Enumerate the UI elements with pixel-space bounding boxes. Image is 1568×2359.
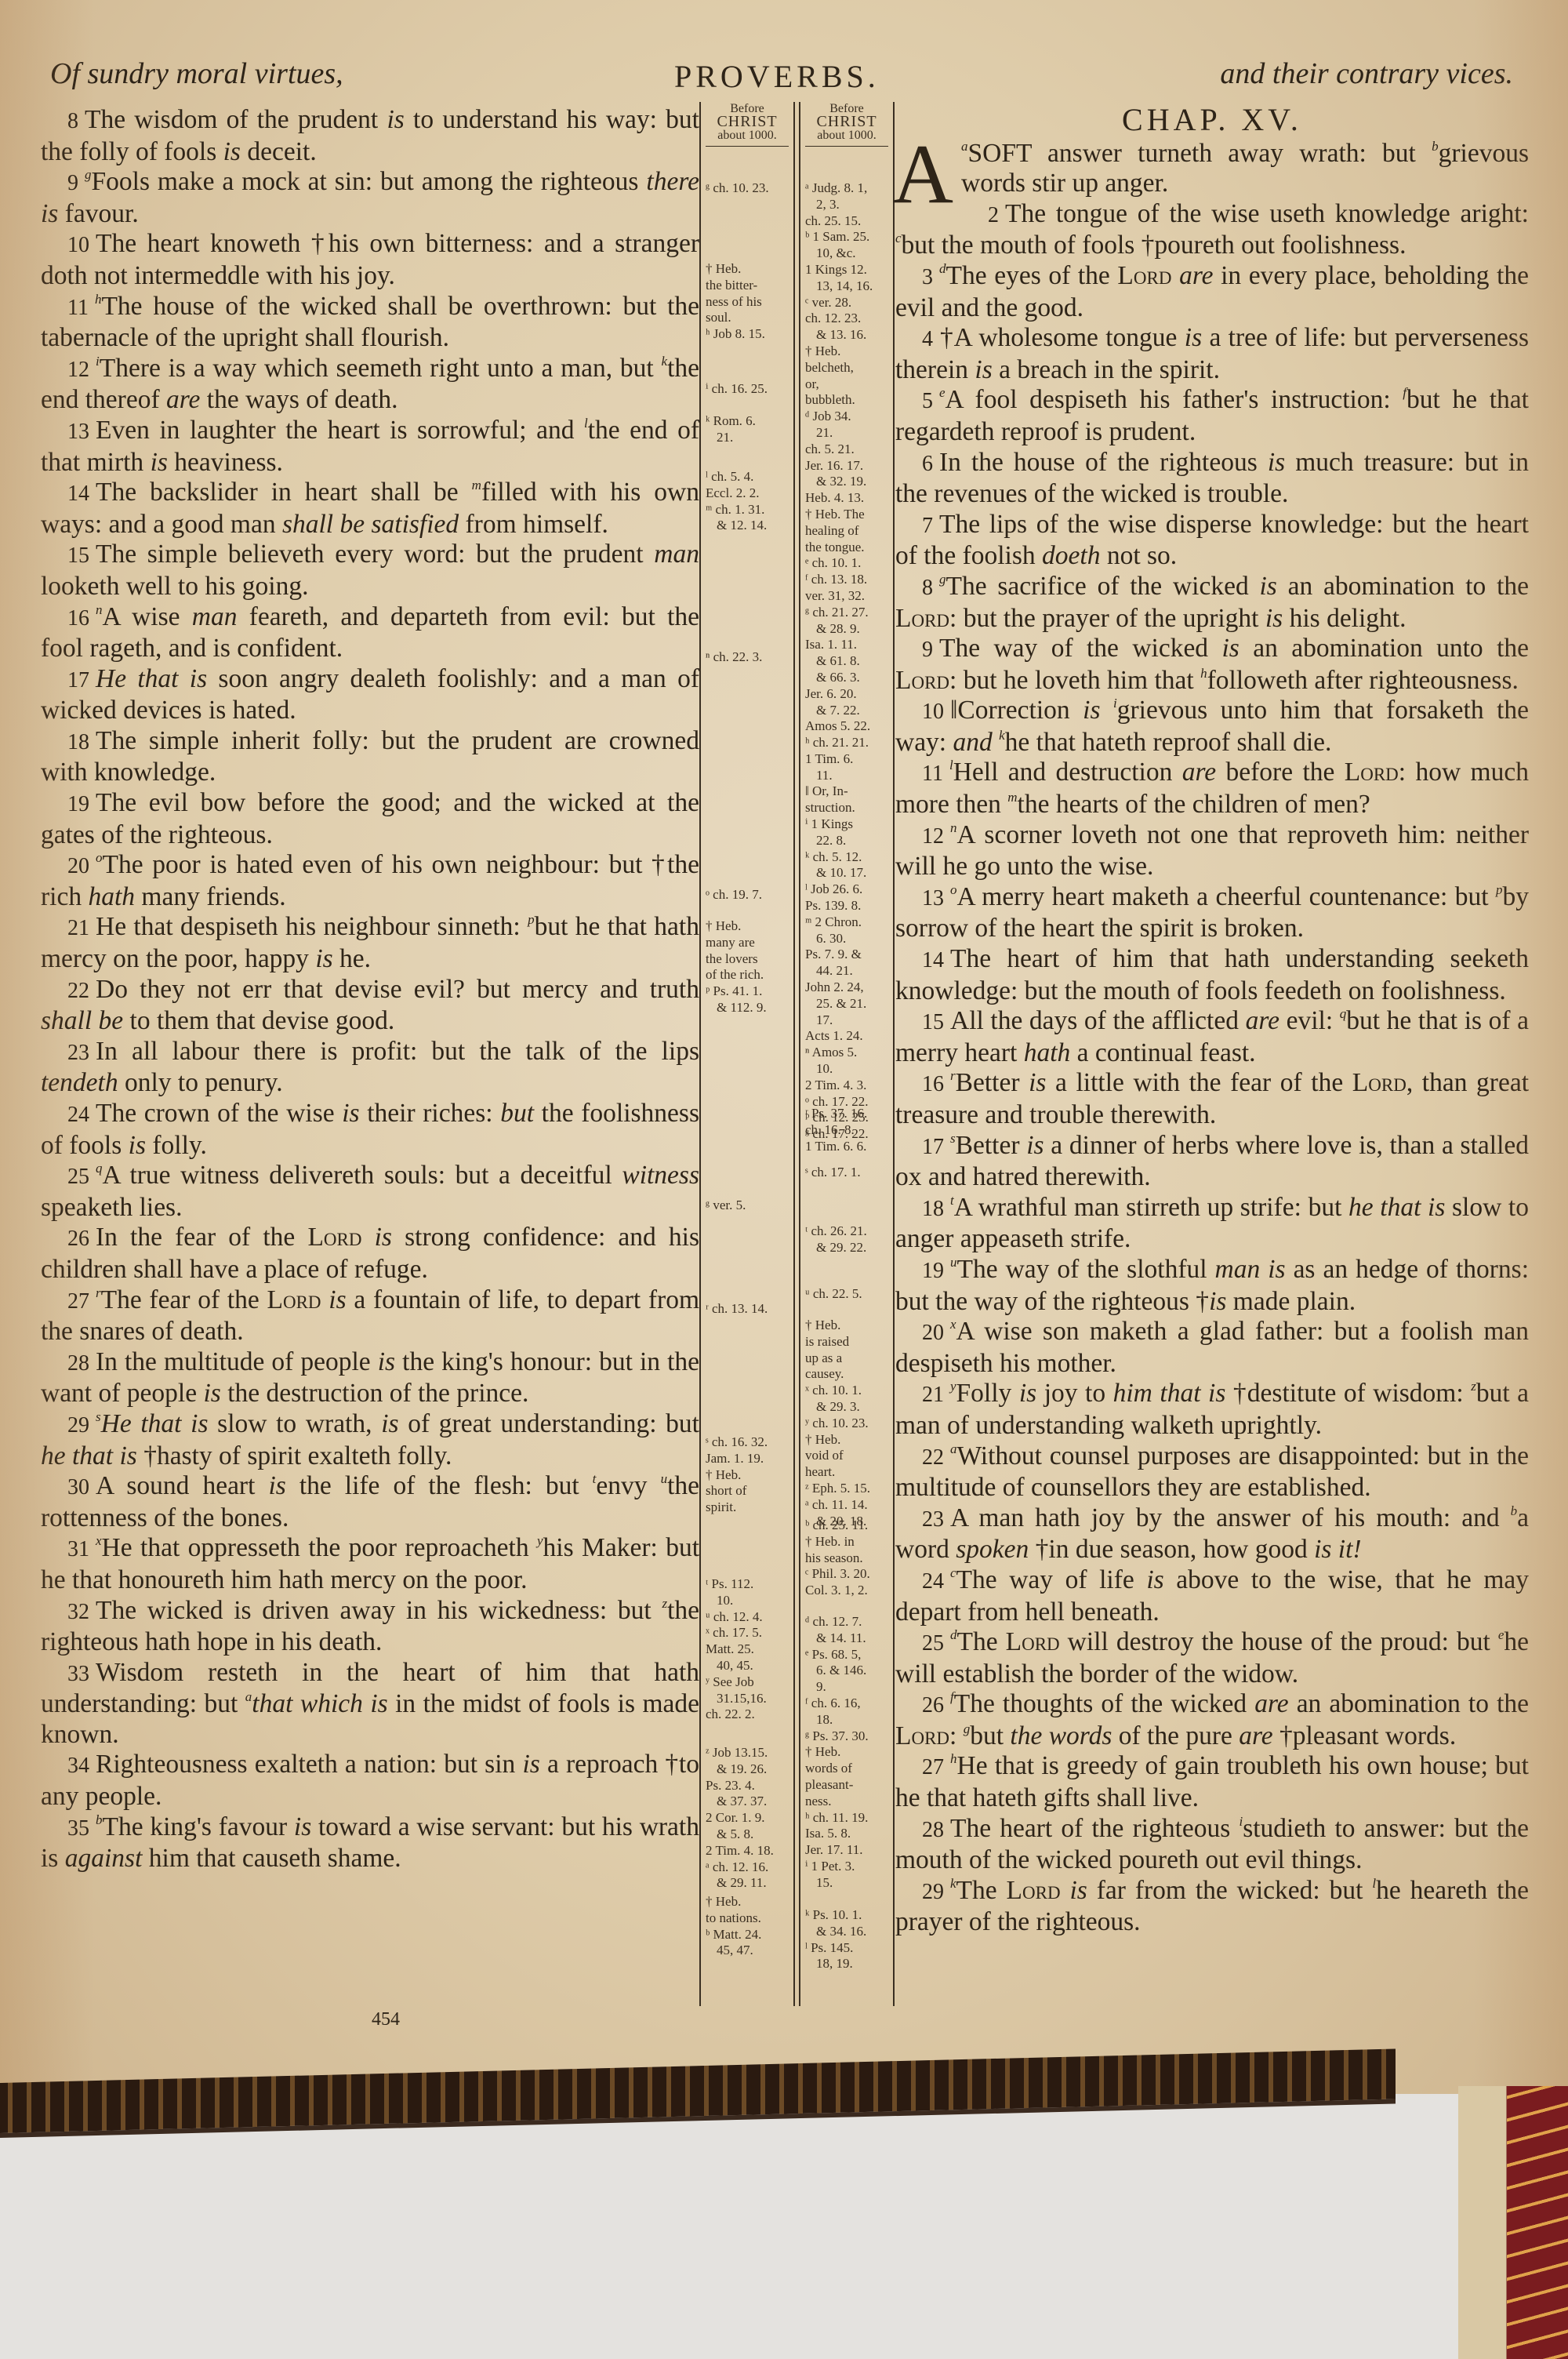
verse-number: 31 <box>67 1537 89 1561</box>
verse-number: 18 <box>922 1197 944 1221</box>
verse-number: 3 <box>922 265 933 289</box>
verse-number: 10 <box>67 233 89 257</box>
verse-23: 23A man hath joy by the answer of his mo… <box>895 1503 1529 1565</box>
cross-reference: ᵒ ch. 19. 7. <box>706 887 790 903</box>
cross-reference: ᵍ ver. 5. <box>706 1198 790 1214</box>
verse-18: 18The simple inherit folly: but the prud… <box>41 726 699 788</box>
verse-2: 2The tongue of the wise useth knowledge … <box>895 199 1529 261</box>
book-title: PROVERBS. <box>674 58 880 95</box>
running-head: Of sundry moral virtues, PROVERBS. and t… <box>0 56 1568 104</box>
verse-text: iThere is a way which seemeth right unto… <box>41 354 699 415</box>
verse-number: 23 <box>67 1041 89 1065</box>
verse-number: 20 <box>67 854 89 878</box>
verse-text: The heart of him that hath understanding… <box>895 944 1529 1005</box>
cross-reference: ʳ Ps. 37. 16.ch. 16. 8.1 Tim. 6. 6. <box>805 1106 890 1154</box>
verse-21: 21He that despiseth his neighbour sinnet… <box>41 912 699 974</box>
verse-number: 11 <box>67 296 89 320</box>
verse-number: 28 <box>67 1351 89 1376</box>
verse-33: 33Wisdom resteth in the heart of him tha… <box>41 1658 699 1750</box>
verse-13: 13Even in laughter the heart is sorrowfu… <box>41 416 699 478</box>
verse-11: 11lHell and destruction are before the L… <box>895 758 1529 820</box>
verse-text: yFolly is joy to him that is †destitute … <box>895 1379 1529 1440</box>
verse-27: 27hHe that is greedy of gain troubleth h… <box>895 1751 1529 1813</box>
verse-text: dThe eyes of the Lord are in every place… <box>895 261 1529 322</box>
verse-25: 25qA true witness delivereth souls: but … <box>41 1161 699 1223</box>
verse-text: gFools make a mock at sin: but among the… <box>41 167 699 228</box>
verse-number: 7 <box>922 514 933 538</box>
cross-reference: ᵘ ch. 22. 5. <box>805 1286 890 1303</box>
verse-1: A aSOFT answer turneth away wrath: but b… <box>895 139 1529 199</box>
verse-32: 32The wicked is driven away in his wicke… <box>41 1596 699 1658</box>
verse-10: 10The heart knoweth †his own bitterness:… <box>41 229 699 291</box>
verse-number: 19 <box>67 792 89 816</box>
verse-15: 15The simple believeth every word: but t… <box>41 540 699 602</box>
cross-reference: ᵗ Ps. 112.10.ᵘ ch. 12. 4.ˣ ch. 17. 5.Mat… <box>706 1576 790 1723</box>
verse-number: 17 <box>922 1135 944 1159</box>
margin-references-left: Before CHRIST about 1000. ᵍ ch. 10. 23.†… <box>699 102 795 2006</box>
verse-text: xHe that oppresseth the poor reproacheth… <box>41 1533 699 1594</box>
verse-number: 15 <box>922 1010 944 1034</box>
cross-reference: ᵇ ch. 25. 11.† Heb. inhis season.ᶜ Phil.… <box>805 1518 890 1599</box>
cross-reference: ˢ ch. 17. 1. <box>805 1165 890 1181</box>
verse-number: 27 <box>67 1289 89 1314</box>
verse-number: 25 <box>67 1165 89 1189</box>
verse-number: 32 <box>67 1600 89 1624</box>
verse-number: 22 <box>67 979 89 1003</box>
verse-24: 24The crown of the wise is their riches:… <box>41 1099 699 1161</box>
verse-19: 19The evil bow before the good; and the … <box>41 788 699 850</box>
verse-5: 5eA fool despiseth his father's instruct… <box>895 385 1529 447</box>
cross-reference: † Heb.the bitter-ness of hissoul.ʰ Job 8… <box>706 261 790 343</box>
verse-25: 25dThe Lord will destroy the house of th… <box>895 1627 1529 1689</box>
verse-14: 14The backslider in heart shall be mfill… <box>41 478 699 540</box>
verse-number: 6 <box>922 452 933 476</box>
cross-reference: ʳ ch. 13. 14. <box>706 1301 790 1318</box>
verse-text: rBetter is a little with the fear of the… <box>895 1068 1529 1129</box>
verse-number: 12 <box>922 824 944 849</box>
verse-24: 24cThe way of life is above to the wise,… <box>895 1565 1529 1627</box>
book-page: Of sundry moral virtues, PROVERBS. and t… <box>0 0 1568 2094</box>
verse-number: 9 <box>922 638 933 662</box>
verse-31: 31xHe that oppresseth the poor reproache… <box>41 1533 699 1595</box>
verse-number: 2 <box>988 203 999 227</box>
verse-number: 14 <box>67 482 89 506</box>
bookmark-ribbon <box>1458 2086 1568 2359</box>
verse-27: 27rThe fear of the Lord is a fountain of… <box>41 1285 699 1347</box>
verse-9: 9gFools make a mock at sin: but among th… <box>41 167 699 229</box>
verse-number: 8 <box>922 576 933 600</box>
drop-cap: A <box>892 144 953 206</box>
verse-text: aSOFT answer turneth away wrath: but bgr… <box>961 139 1529 198</box>
verse-text: The crown of the wise is their riches: b… <box>41 1099 699 1160</box>
verse-text: A man hath joy by the answer of his mout… <box>895 1503 1529 1565</box>
verse-text: gThe sacrifice of the wicked is an abomi… <box>895 572 1529 633</box>
verse-number: 18 <box>67 730 89 754</box>
verse-14: 14The heart of him that hath understandi… <box>895 944 1529 1006</box>
cross-reference: ᵍ ch. 10. 23. <box>706 180 790 197</box>
verse-text: cThe way of life is above to the wise, t… <box>895 1565 1529 1627</box>
verse-text: The backslider in heart shall be mfilled… <box>41 478 699 539</box>
verse-text: fThe thoughts of the wicked are an abomi… <box>895 1689 1529 1750</box>
verse-text: qA true witness delivereth souls: but a … <box>41 1161 699 1222</box>
verse-number: 29 <box>922 1880 944 1904</box>
margin-header-date: about 1000. <box>706 129 789 142</box>
verse-12: 12iThere is a way which seemeth right un… <box>41 354 699 416</box>
verse-number: 21 <box>67 916 89 940</box>
verse-number: 22 <box>922 1445 944 1470</box>
verse-18: 18tA wrathful man stirreth up strife: bu… <box>895 1193 1529 1255</box>
right-text-column: CHAP. XV. A aSOFT answer turneth away wr… <box>895 105 1529 1938</box>
verse-6: 6In the house of the righteous is much t… <box>895 448 1529 510</box>
verse-text: bThe king's favour is toward a wise serv… <box>41 1812 699 1874</box>
cross-reference: † Heb.is raisedup as acausey.ˣ ch. 10. 1… <box>805 1318 890 1529</box>
margin-header-christ: CHRIST <box>706 115 789 129</box>
verse-19: 19uThe way of the slothful man is as an … <box>895 1255 1529 1317</box>
verse-text: kThe Lord is far from the wicked: but lh… <box>895 1876 1529 1937</box>
verse-number: 11 <box>922 761 943 786</box>
verse-text: hThe house of the wicked shall be overth… <box>41 292 699 353</box>
verse-text: sHe that is slow to wrath, is of great u… <box>41 1409 699 1470</box>
cross-reference: ⁿ ch. 22. 3. <box>706 649 790 666</box>
verse-7: 7The lips of the wise disperse knowledge… <box>895 510 1529 572</box>
verse-number: 4 <box>922 327 933 351</box>
left-text-column: 8The wisdom of the prudent is to underst… <box>41 105 699 1874</box>
verse-text: All the days of the afflicted are evil: … <box>895 1006 1529 1067</box>
cross-reference: ˡ ch. 5. 4.Eccl. 2. 2.ᵐ ch. 1. 31.& 12. … <box>706 469 790 534</box>
verse-number: 14 <box>922 948 944 972</box>
cross-reference: ˢ ch. 16. 32.Jam. 1. 19.† Heb.short ofsp… <box>706 1434 790 1516</box>
verse-number: 16 <box>67 606 89 631</box>
verse-number: 29 <box>67 1413 89 1438</box>
verse-number: 8 <box>67 109 78 133</box>
verse-number: 26 <box>67 1227 89 1251</box>
verse-number: 21 <box>922 1383 944 1407</box>
verse-text: sBetter is a dinner of herbs where love … <box>895 1131 1529 1192</box>
verse-text: The heart of the righteous istudieth to … <box>895 1814 1529 1875</box>
verse-number: 35 <box>67 1816 89 1841</box>
cross-reference: ᵈ ch. 12. 7.& 14. 11.ᵉ Ps. 68. 5,6. & 14… <box>805 1614 890 1892</box>
margin-date-header: Before CHRIST about 1000. <box>805 102 888 147</box>
verse-text: hHe that is greedy of gain troubleth his… <box>895 1751 1529 1812</box>
verse-number: 23 <box>922 1507 944 1532</box>
cross-reference: ᵏ Ps. 10. 1.& 34. 16.ˡ Ps. 145.18, 19. <box>805 1907 890 1972</box>
cross-reference: ᵗ ch. 26. 21.& 29. 22. <box>805 1223 890 1256</box>
verse-number: 10 <box>922 700 944 724</box>
verse-20: 20oThe poor is hated even of his own nei… <box>41 850 699 912</box>
verse-text: ‖Correction is igrievous unto him that f… <box>895 696 1529 757</box>
margin-references-right: Before CHRIST about 1000. ᵃ Judg. 8. 1,2… <box>799 102 895 2006</box>
verse-text: uThe way of the slothful man is as an he… <box>895 1255 1529 1316</box>
verse-30: 30A sound heart is the life of the flesh… <box>41 1471 699 1533</box>
verse-17: 17sBetter is a dinner of herbs where lov… <box>895 1131 1529 1193</box>
verse-text: The heart knoweth †his own bitterness: a… <box>41 229 699 290</box>
verse-number: 5 <box>922 389 933 413</box>
verse-text: nA scorner loveth not one that reproveth… <box>895 820 1529 881</box>
margin-date-header: Before CHRIST about 1000. <box>706 102 789 147</box>
verse-28: 28In the multitude of people is the king… <box>41 1347 699 1409</box>
verse-8: 8The wisdom of the prudent is to underst… <box>41 105 699 167</box>
verse-text: The evil bow before the good; and the wi… <box>41 788 699 849</box>
verse-text: nA wise man feareth, and departeth from … <box>41 602 699 663</box>
verse-text: oA merry heart maketh a cheerful counten… <box>895 882 1529 943</box>
verse-11: 11hThe house of the wicked shall be over… <box>41 292 699 354</box>
running-head-left: Of sundry moral virtues, <box>50 56 343 91</box>
verse-17: 17He that is soon angry dealeth foolishl… <box>41 664 699 726</box>
verse-text: †A wholesome tongue is a tree of life: b… <box>895 323 1529 384</box>
verse-number: 34 <box>67 1754 89 1778</box>
verse-number: 27 <box>922 1755 944 1779</box>
verse-number: 19 <box>922 1259 944 1283</box>
verse-number: 16 <box>922 1072 944 1096</box>
verse-20: 20xA wise son maketh a glad father: but … <box>895 1317 1529 1379</box>
verse-text: Wisdom resteth in the heart of him that … <box>41 1658 699 1749</box>
verse-text: The way of the wicked is an abomination … <box>895 634 1529 695</box>
verse-number: 20 <box>922 1321 944 1345</box>
verse-22: 22Do they not err that devise evil? but … <box>41 975 699 1037</box>
verse-28: 28The heart of the righteous istudieth t… <box>895 1814 1529 1876</box>
verse-text: lHell and destruction are before the Lor… <box>895 758 1529 819</box>
verse-29: 29sHe that is slow to wrath, is of great… <box>41 1409 699 1471</box>
verse-number: 33 <box>67 1662 89 1686</box>
verse-text: In the house of the righteous is much tr… <box>895 448 1529 509</box>
cross-reference: † Heb.many arethe loversof the rich.ᵖ Ps… <box>706 918 790 1016</box>
verse-text: eA fool despiseth his father's instructi… <box>895 385 1529 446</box>
verse-number: 9 <box>67 171 78 195</box>
verse-text: aWithout counsel purposes are disappoint… <box>895 1441 1529 1503</box>
verse-34: 34Righteousness exalteth a nation: but s… <box>41 1750 699 1812</box>
verse-23: 23In all labour there is profit: but the… <box>41 1037 699 1099</box>
running-head-right: and their contrary vices. <box>1220 56 1513 91</box>
verse-text: In the fear of the Lord is strong confid… <box>41 1223 699 1284</box>
verse-number: 28 <box>922 1818 944 1842</box>
verse-13: 13oA merry heart maketh a cheerful count… <box>895 882 1529 944</box>
verse-29: 29kThe Lord is far from the wicked: but … <box>895 1876 1529 1938</box>
verse-text: In the multitude of people is the king's… <box>41 1347 699 1408</box>
verse-number: 17 <box>67 668 89 692</box>
verse-text: oThe poor is hated even of his own neigh… <box>41 850 699 911</box>
verse-4: 4†A wholesome tongue is a tree of life: … <box>895 323 1529 385</box>
verse-number: 12 <box>67 358 89 382</box>
verse-text: A sound heart is the life of the flesh: … <box>41 1471 699 1532</box>
verse-text: He that despiseth his neighbour sinneth:… <box>41 912 699 973</box>
cross-reference: ᶻ Job 13.15.& 19. 26.Ps. 23. 4.& 37. 37.… <box>706 1745 790 1892</box>
verse-22: 22aWithout counsel purposes are disappoi… <box>895 1441 1529 1503</box>
verse-16: 16nA wise man feareth, and departeth fro… <box>41 602 699 664</box>
verse-text: The wicked is driven away in his wickedn… <box>41 1596 699 1657</box>
margin-header-date: about 1000. <box>805 129 888 142</box>
verse-26: 26In the fear of the Lord is strong conf… <box>41 1223 699 1285</box>
verse-26: 26fThe thoughts of the wicked are an abo… <box>895 1689 1529 1751</box>
verse-text: He that is soon angry dealeth foolishly:… <box>41 664 699 725</box>
verse-12: 12nA scorner loveth not one that reprove… <box>895 820 1529 882</box>
cross-reference: ᵃ Judg. 8. 1,2, 3.ch. 25. 15.ᵇ 1 Sam. 25… <box>805 180 890 1143</box>
verse-number: 13 <box>67 420 89 444</box>
verse-number: 25 <box>922 1631 944 1656</box>
verse-3: 3dThe eyes of the Lord are in every plac… <box>895 261 1529 323</box>
verse-text: The lips of the wise disperse knowledge:… <box>895 510 1529 571</box>
verse-21: 21yFolly is joy to him that is †destitut… <box>895 1379 1529 1441</box>
verse-text: The simple inherit folly: but the pruden… <box>41 726 699 787</box>
verse-number: 30 <box>67 1475 89 1499</box>
verse-text: rThe fear of the Lord is a fountain of l… <box>41 1285 699 1347</box>
verse-8: 8gThe sacrifice of the wicked is an abom… <box>895 572 1529 634</box>
margin-header-christ: CHRIST <box>805 115 888 129</box>
verse-10: 10‖Correction is igrievous unto him that… <box>895 696 1529 758</box>
cross-reference: ⁱ ch. 16. 25. <box>706 381 790 398</box>
verse-text: Do they not err that devise evil? but me… <box>41 975 699 1036</box>
verse-text: The simple believeth every word: but the… <box>41 540 699 601</box>
verse-35: 35bThe king's favour is toward a wise se… <box>41 1812 699 1874</box>
verse-text: dThe Lord will destroy the house of the … <box>895 1627 1529 1688</box>
verse-number: 26 <box>922 1693 944 1717</box>
verse-number: 15 <box>67 543 89 568</box>
verse-text: xA wise son maketh a glad father: but a … <box>895 1317 1529 1378</box>
page-number: 454 <box>372 2009 400 2030</box>
verse-text: Even in laughter the heart is sorrowful;… <box>41 416 699 477</box>
verse-text: Righteousness exalteth a nation: but sin… <box>41 1750 699 1811</box>
verse-number: 24 <box>67 1103 89 1127</box>
verse-number: 13 <box>922 886 944 911</box>
verse-15: 15All the days of the afflicted are evil… <box>895 1006 1529 1068</box>
cross-reference: ᵏ Rom. 6.21. <box>706 413 790 446</box>
verse-16: 16rBetter is a little with the fear of t… <box>895 1068 1529 1130</box>
verse-text: The wisdom of the prudent is to understa… <box>41 105 699 166</box>
cross-reference: † Heb.to nations.ᵇ Matt. 24.45, 47. <box>706 1894 790 1959</box>
verse-9: 9The way of the wicked is an abomination… <box>895 634 1529 696</box>
verse-number: 24 <box>922 1569 944 1594</box>
chapter-title: CHAP. XV. <box>895 105 1529 136</box>
verse-text: In all labour there is profit: but the t… <box>41 1037 699 1098</box>
verse-text: tA wrathful man stirreth up strife: but … <box>895 1193 1529 1254</box>
